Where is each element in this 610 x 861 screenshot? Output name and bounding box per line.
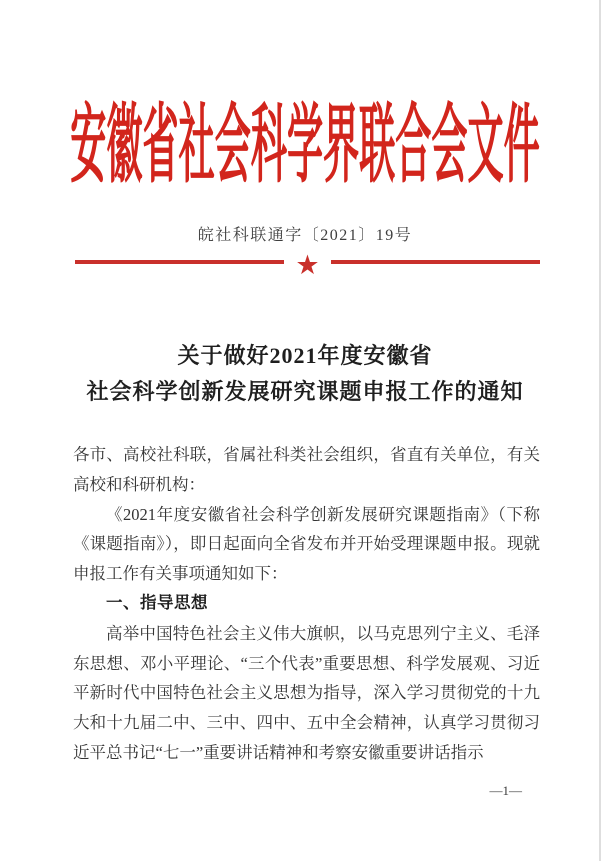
red-divider: ★	[75, 247, 540, 277]
section-heading-guiding-ideology: 一、指导思想	[73, 589, 540, 619]
notice-title-line2: 社会科学创新发展研究课题申报工作的通知	[0, 374, 610, 410]
document-number: 皖社科联通字〔2021〕19号	[0, 226, 610, 246]
masthead-title: 安徽省社会科学界联合会文件	[70, 98, 540, 193]
divider-line-right	[331, 260, 540, 264]
document-body: 各市、高校社科联，省属社科类社会组织，省直有关单位，有关高校和科研机构： 《20…	[73, 440, 540, 768]
paragraph-guiding-ideology: 高举中国特色社会主义伟大旗帜，以马克思列宁主义、毛泽东思想、邓小平理论、“三个代…	[73, 619, 540, 768]
star-icon: ★	[295, 252, 319, 279]
salutation: 各市、高校社科联，省属社科类社会组织，省直有关单位，有关高校和科研机构：	[73, 440, 540, 500]
document-page: 安徽省社会科学界联合会文件 皖社科联通字〔2021〕19号 ★ 关于做好2021…	[0, 0, 610, 861]
red-masthead: 安徽省社会科学界联合会文件	[0, 98, 610, 193]
notice-title-line1: 关于做好2021年度安徽省	[0, 338, 610, 374]
divider-line-left	[75, 260, 284, 264]
page-number: —1—	[490, 783, 523, 799]
notice-title: 关于做好2021年度安徽省 社会科学创新发展研究课题申报工作的通知	[0, 338, 610, 410]
paragraph-intro: 《2021年度安徽省社会科学创新发展研究课题指南》（下称《课题指南》），即日起面…	[73, 500, 540, 589]
scan-edge-line	[599, 0, 601, 861]
